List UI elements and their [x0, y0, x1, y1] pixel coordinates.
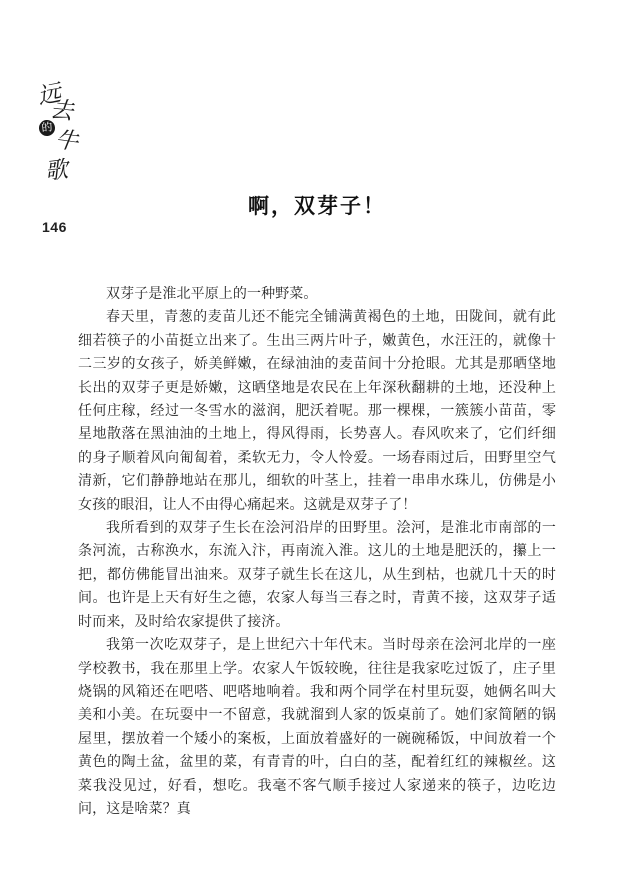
- book-page: { "logo": { "full_title": "远去的牛歌", "char…: [0, 0, 634, 891]
- logo-char-niu: 牛: [54, 129, 80, 155]
- article-title: 啊，双芽子！: [0, 190, 634, 220]
- logo-seal-de: 的: [38, 119, 56, 137]
- page-number: 146: [42, 219, 67, 235]
- book-series-logo: 远 去 的 牛 歌: [38, 84, 94, 196]
- paragraph-3: 我所看到的双芽子生长在浍河沿岸的田野里。浍河，是淮北市南部的一条河流，古称涣水，…: [78, 517, 556, 634]
- paragraph-4: 我第一次吃双芽子，是上世纪六十年代末。当时母亲在浍河北岸的一座学校教书，我在那里…: [78, 634, 556, 821]
- paragraph-1: 双芽子是淮北平原上的一种野菜。: [78, 283, 556, 306]
- article-body: 双芽子是淮北平原上的一种野菜。 春天里，青葱的麦苗儿还不能完全铺满黄褐色的土地，…: [78, 283, 556, 821]
- paragraph-2: 春天里，青葱的麦苗儿还不能完全铺满黄褐色的土地，田陇间，就有此细若筷子的小苗挺立…: [78, 306, 556, 517]
- logo-char-ge: 歌: [44, 159, 70, 185]
- logo-char-qu: 去: [49, 99, 74, 124]
